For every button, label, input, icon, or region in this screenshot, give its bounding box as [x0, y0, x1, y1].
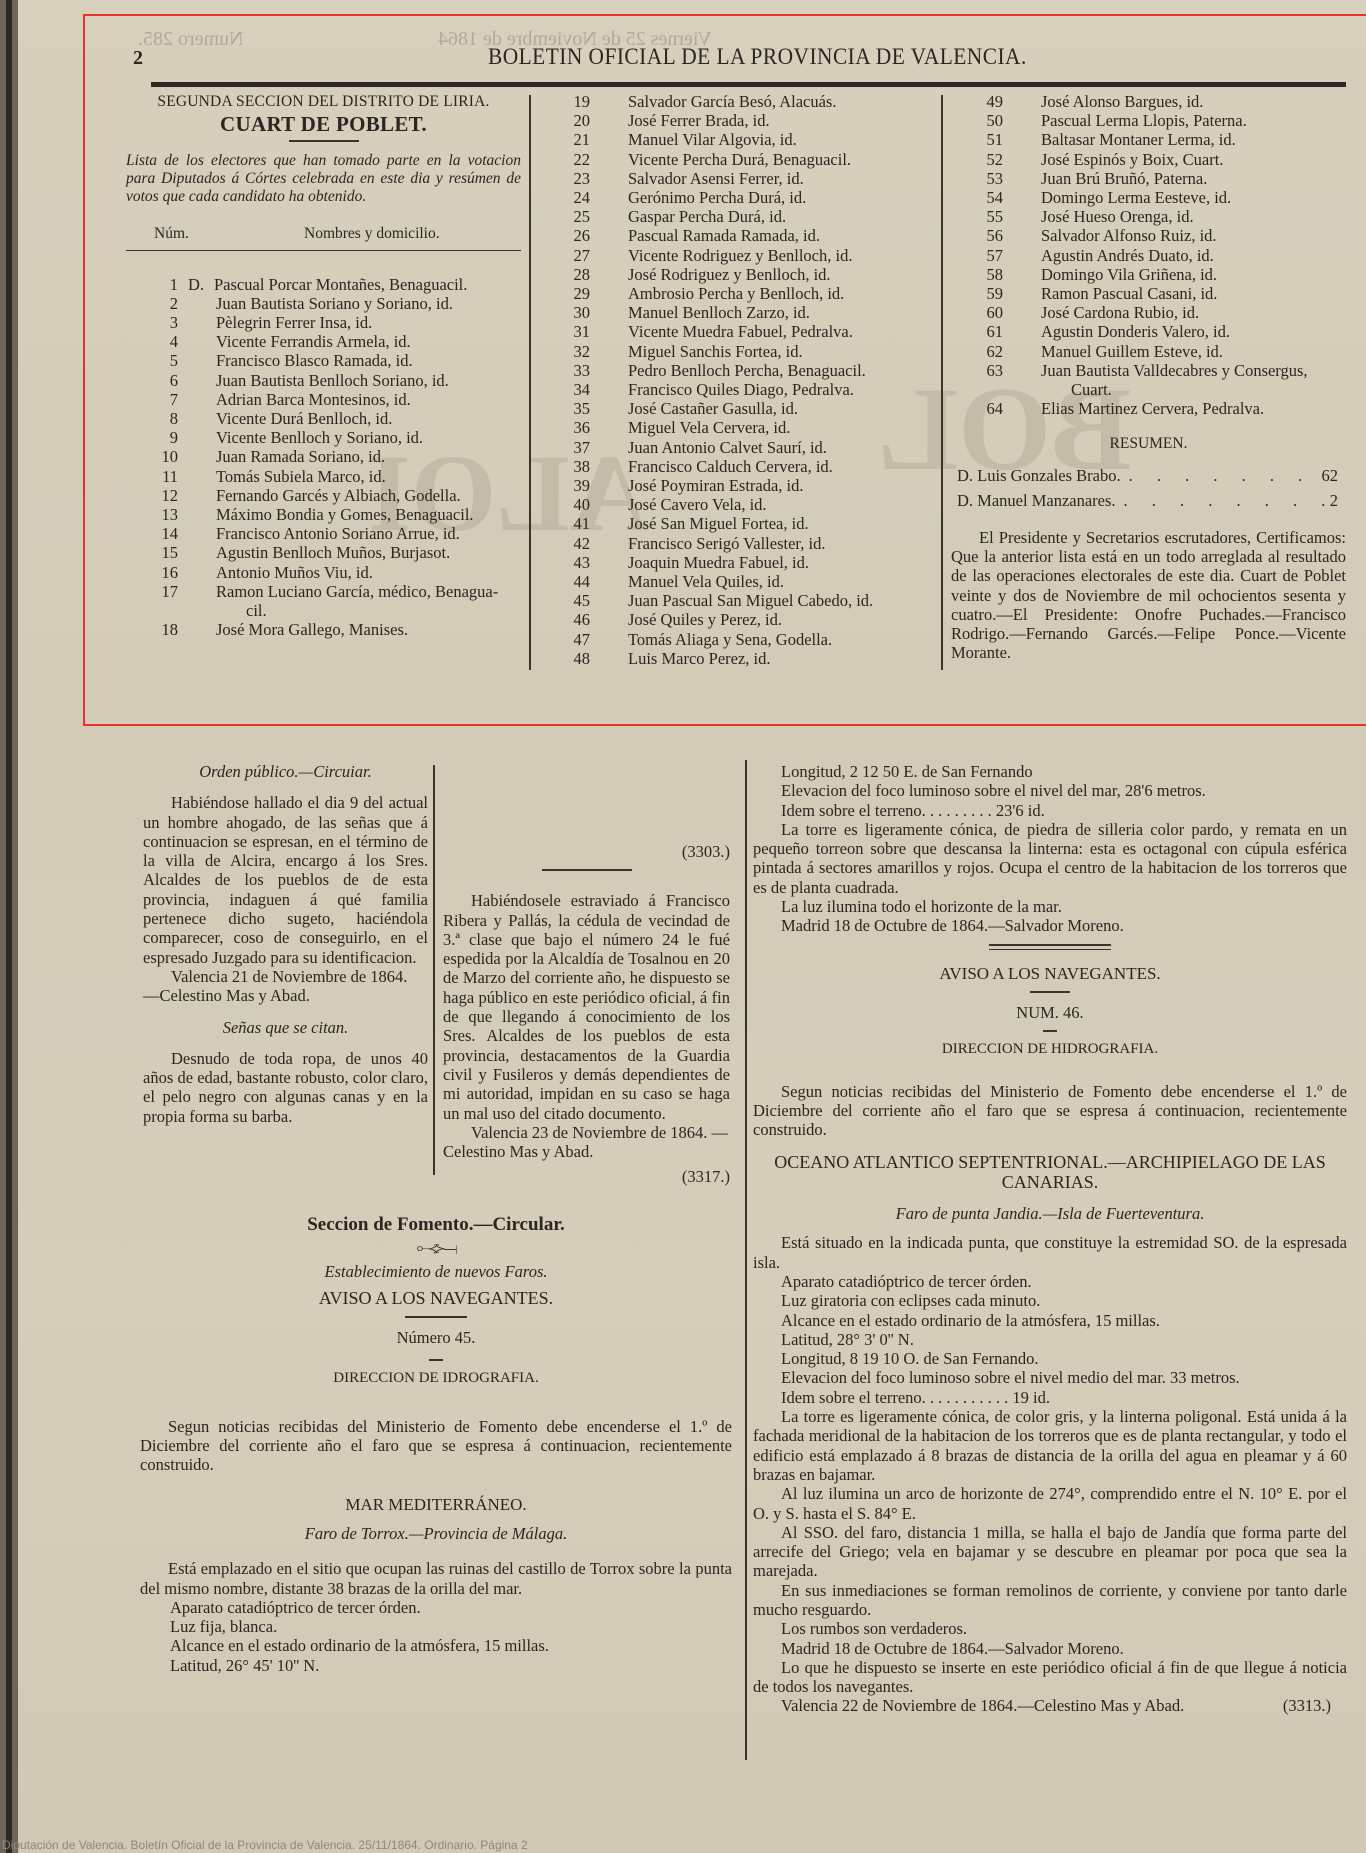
voter-row: 26Pascual Ramada Ramada, id.: [538, 226, 933, 245]
torrox-tower: La torre es ligeramente cónica, de piedr…: [753, 820, 1347, 897]
voter-number: 18: [126, 620, 188, 639]
voter-row: 3Pèlegrin Ferrer Insa, id.: [126, 313, 521, 332]
direccion-hidrografia: DIRECCION DE HIDROGRAFIA.: [753, 1040, 1347, 1059]
voter-number: 22: [538, 150, 600, 169]
voter-list-2: 19Salvador García Besó, Alacuás.20José F…: [538, 92, 933, 668]
voter-name: Tomás Aliaga y Sena, Godella.: [600, 630, 933, 649]
voter-row: 10Juan Ramada Soriano, id.: [126, 447, 521, 466]
voter-name-text: José Cavero Vela, id.: [628, 495, 767, 514]
voter-number: 19: [538, 92, 600, 111]
voter-name-text: Juan Bautista Soriano y Soriano, id.: [216, 294, 453, 313]
voter-number: 5: [126, 351, 188, 370]
senas-text: Desnudo de toda ropa, de unos 40 años de…: [143, 1049, 428, 1126]
spec-line: Idem sobre el terreno. . . . . . . . . .…: [753, 1388, 1347, 1407]
voter-name: Salvador García Besó, Alacuás.: [600, 92, 933, 111]
spec-line: Latitud, 26° 45' 10'' N.: [142, 1656, 732, 1675]
voter-name-text: Domingo Lerma Eesteve, id.: [1041, 188, 1231, 207]
voter-name: Adrian Barca Montesinos, id.: [188, 390, 521, 409]
voter-name-text: Vicente Rodriguez y Benlloch, id.: [628, 246, 852, 265]
voter-name-text: Juan Bautista Benlloch Soriano, id.: [216, 371, 449, 390]
mar-mediterraneo: MAR MEDITERRÁNEO.: [140, 1495, 732, 1514]
voter-name: Juan Bautista Benlloch Soriano, id.: [188, 371, 521, 390]
voter-row: 48Luis Marco Perez, id.: [538, 649, 933, 668]
voter-name-continuation: Cuart.: [1041, 380, 1346, 399]
voter-name-text: Pascual Lerma Llopis, Paterna.: [1041, 111, 1247, 130]
voter-number: 3: [126, 313, 188, 332]
voter-name: Elias Martinez Cervera, Pedralva.: [1013, 399, 1346, 418]
voter-row: 5Francisco Blasco Ramada, id.: [126, 351, 521, 370]
voter-row: 61Agustin Donderis Valero, id.: [951, 322, 1346, 341]
jandia-sso: Al SSO. del faro, distancia 1 milla, se …: [753, 1523, 1347, 1581]
voter-name: Juan Antonio Calvet Saurí, id.: [600, 438, 933, 457]
voter-row: 40José Cavero Vela, id.: [538, 495, 933, 514]
election-column-2: 19Salvador García Besó, Alacuás.20José F…: [538, 92, 933, 668]
cedula-signature: Valencia 23 de Noviembre de 1864. —Celes…: [443, 1123, 730, 1162]
voter-name-text: José Alonso Bargues, id.: [1041, 92, 1203, 111]
column-divider-1: [529, 95, 531, 670]
voter-number: 38: [538, 457, 600, 476]
voter-name-text: Pedro Benlloch Percha, Benaguacil.: [628, 361, 866, 380]
voter-row: 9Vicente Benlloch y Soriano, id.: [126, 428, 521, 447]
voter-name-text: Miguel Sanchis Fortea, id.: [628, 342, 803, 361]
voter-name: Agustin Andrés Duato, id.: [1013, 246, 1346, 265]
voter-name: José Mora Gallego, Manises.: [188, 620, 521, 639]
voter-row: 14Francisco Antonio Soriano Arrue, id.: [126, 524, 521, 543]
voter-name-text: Vicente Benlloch y Soriano, id.: [216, 428, 423, 447]
voter-name: Juan Pascual San Miguel Cabedo, id.: [600, 591, 933, 610]
double-separator: [989, 944, 1111, 950]
jandia-remolinos: En sus inmediaciones se forman remolinos…: [753, 1581, 1347, 1620]
voter-name-text: Miguel Vela Cervera, id.: [628, 418, 790, 437]
voter-name-text: Luis Marco Perez, id.: [628, 649, 771, 668]
voter-number: 29: [538, 284, 600, 303]
voter-number: 4: [126, 332, 188, 351]
rule: [1043, 1030, 1057, 1032]
voter-row: 22Vicente Percha Durá, Benaguacil.: [538, 150, 933, 169]
voter-number: 15: [126, 543, 188, 562]
num-46: NUM. 46.: [753, 1003, 1347, 1022]
voter-name: Tomás Subiela Marco, id.: [188, 467, 521, 486]
orden-publico-body: Habiéndose hallado el dia 9 del actual u…: [143, 793, 428, 967]
voter-row: 17Ramon Luciano García, médico, Benagua-…: [126, 582, 521, 620]
resumen-row: D. Manuel Manzanares. . . . . . . . . . …: [957, 491, 1338, 510]
column-divider-lower-2: [745, 760, 747, 1760]
voter-number: 56: [951, 226, 1013, 245]
fomento-heading: Seccion de Fomento.—Circular.: [140, 1215, 732, 1234]
spec-line: Longitud, 8 19 10 O. de San Fernando.: [753, 1349, 1347, 1368]
voter-number: 7: [126, 390, 188, 409]
fomento-subheading: Establecimiento de nuevos Faros.: [140, 1262, 732, 1281]
voter-number: 35: [538, 399, 600, 418]
voter-row: 58Domingo Vila Griñena, id.: [951, 265, 1346, 284]
voter-number: 6: [126, 371, 188, 390]
voter-row: 19Salvador García Besó, Alacuás.: [538, 92, 933, 111]
vote-count: 2: [1330, 491, 1338, 510]
voter-name-text: José Poymiran Estrada, id.: [628, 476, 804, 495]
voter-row: 6Juan Bautista Benlloch Soriano, id.: [126, 371, 521, 390]
article-separator: [542, 869, 632, 871]
voter-name: Pascual Porcar Montañes, Benaguacil.: [214, 275, 521, 294]
jandia-tower: La torre es ligeramente cónica, de color…: [753, 1407, 1347, 1484]
voter-name-continuation: cil.: [216, 601, 521, 620]
cedula-article: (3303.) Habiéndosele estraviado á Franci…: [443, 802, 730, 1187]
voter-row: 7Adrian Barca Montesinos, id.: [126, 390, 521, 409]
jandia-arc: Al luz ilumina un arco de horizonte de 2…: [753, 1484, 1347, 1523]
voter-name: Fernando Garcés y Albiach, Godella.: [188, 486, 521, 505]
spec-line: Luz giratoria con eclipses cada minuto.: [753, 1291, 1347, 1310]
rule: [405, 1316, 467, 1318]
election-column-3: 49José Alonso Bargues, id.50Pascual Lerm…: [951, 92, 1346, 662]
list-intro: Lista de los electores que han tomado pa…: [126, 152, 521, 206]
jandia-rumbos: Los rumbos son verdaderos.: [753, 1619, 1347, 1638]
voter-number: 61: [951, 322, 1013, 341]
masthead-title: BOLETIN OFICIAL DE LA PROVINCIA DE VALEN…: [488, 44, 1027, 70]
voter-name: Máximo Bondia y Gomes, Benaguacil.: [188, 505, 521, 524]
voter-number: 53: [951, 169, 1013, 188]
title-rule: [289, 140, 359, 142]
voter-row: 63Juan Bautista Valldecabres y Consergus…: [951, 361, 1346, 399]
voter-name-text: José San Miguel Fortea, id.: [628, 514, 809, 533]
voter-number: 51: [951, 130, 1013, 149]
voter-title: D.: [188, 275, 216, 294]
voter-number: 57: [951, 246, 1013, 265]
voter-name-text: Agustin Andrés Duato, id.: [1041, 246, 1214, 265]
resumen-list: D. Luis Gonzales Brabo. . . . . . . . . …: [951, 466, 1346, 510]
page-number: 2: [133, 47, 143, 70]
election-column-1: SEGUNDA SECCION DEL DISTRITO DE LIRIA. C…: [126, 92, 521, 639]
voter-number: 48: [538, 649, 600, 668]
voter-name-text: José Hueso Orenga, id.: [1041, 207, 1194, 226]
voter-number: 13: [126, 505, 188, 524]
voter-number: 12: [126, 486, 188, 505]
voter-name-text: Joaquin Muedra Fabuel, id.: [628, 553, 809, 572]
voter-number: 46: [538, 610, 600, 629]
voter-name-text: Gaspar Percha Durá, id.: [628, 207, 786, 226]
region-heading: OCEANO ATLANTICO SEPTENTRIONAL.—ARCHIPIE…: [753, 1153, 1347, 1192]
voter-name: Ramon Pascual Casani, id.: [1013, 284, 1346, 303]
voter-row: 28José Rodriguez y Benlloch, id.: [538, 265, 933, 284]
jandia-signature-row: Valencia 22 de Noviembre de 1864.—Celest…: [753, 1696, 1347, 1715]
voter-row: 55José Hueso Orenga, id.: [951, 207, 1346, 226]
voter-row: 45Juan Pascual San Miguel Cabedo, id.: [538, 591, 933, 610]
orden-publico-heading: Orden público.—Circuiar.: [143, 762, 428, 781]
voter-number: 14: [126, 524, 188, 543]
voter-name: Pedro Benlloch Percha, Benaguacil.: [600, 361, 933, 380]
voter-row: 44Manuel Vela Quiles, id.: [538, 572, 933, 591]
voter-row: 31Vicente Muedra Fabuel, Pedralva.: [538, 322, 933, 341]
spec-line: Aparato catadióptrico de tercer órden.: [142, 1598, 732, 1617]
town-title: CUART DE POBLET.: [126, 115, 521, 134]
voter-name: Francisco Antonio Soriano Arrue, id.: [188, 524, 521, 543]
voter-name: Juan Brú Bruñó, Paterna.: [1013, 169, 1346, 188]
voter-name-text: Domingo Vila Griñena, id.: [1041, 265, 1217, 284]
spine-edge: [6, 0, 12, 1853]
voter-number: 33: [538, 361, 600, 380]
voter-number: 30: [538, 303, 600, 322]
voter-name: Vicente Percha Durá, Benaguacil.: [600, 150, 933, 169]
voter-name: Salvador Alfonso Ruiz, id.: [1013, 226, 1346, 245]
voter-name: Francisco Calduch Cervera, id.: [600, 457, 933, 476]
voter-name-text: Vicente Durá Benlloch, id.: [216, 409, 392, 428]
voter-name: Francisco Blasco Ramada, id.: [188, 351, 521, 370]
voter-name: Baltasar Montaner Lerma, id.: [1013, 130, 1346, 149]
torrox-light: La luz ilumina todo el horizonte de la m…: [753, 897, 1347, 916]
section-heading: SEGUNDA SECCION DEL DISTRITO DE LIRIA.: [126, 92, 521, 111]
voter-name-text: Manuel Guillem Esteve, id.: [1041, 342, 1223, 361]
voter-name: José San Miguel Fortea, id.: [600, 514, 933, 533]
voter-number: 44: [538, 572, 600, 591]
voter-name-text: Vicente Percha Durá, Benaguacil.: [628, 150, 851, 169]
voter-row: 16Antonio Muños Viu, id.: [126, 563, 521, 582]
certification-text: El Presidente y Secretarios escrutadores…: [951, 528, 1346, 662]
voter-number: 17: [126, 582, 188, 620]
voter-row: 32Miguel Sanchis Fortea, id.: [538, 342, 933, 361]
voter-row: 51Baltasar Montaner Lerma, id.: [951, 130, 1346, 149]
voter-number: 37: [538, 438, 600, 457]
voter-name: Vicente Rodriguez y Benlloch, id.: [600, 246, 933, 265]
voter-name: Vicente Benlloch y Soriano, id.: [188, 428, 521, 447]
voter-row: 47Tomás Aliaga y Sena, Godella.: [538, 630, 933, 649]
voter-name-text: Francisco Quiles Diago, Pedralva.: [628, 380, 854, 399]
voter-number: 62: [951, 342, 1013, 361]
voter-name: Miguel Sanchis Fortea, id.: [600, 342, 933, 361]
voter-name-text: José Rodriguez y Benlloch, id.: [628, 265, 831, 284]
voter-name: José Cavero Vela, id.: [600, 495, 933, 514]
voter-name-text: José Ferrer Brada, id.: [628, 111, 770, 130]
voter-row: 64Elias Martinez Cervera, Pedralva.: [951, 399, 1346, 418]
spec-line: Latitud, 28° 3' 0'' N.: [753, 1330, 1347, 1349]
voter-number: 32: [538, 342, 600, 361]
voter-name: Francisco Serigó Vallester, id.: [600, 534, 933, 553]
voter-name: Pascual Ramada Ramada, id.: [600, 226, 933, 245]
voter-row: 21Manuel Vilar Algovia, id.: [538, 130, 933, 149]
voter-row: 2Juan Bautista Soriano y Soriano, id.: [126, 294, 521, 313]
voter-name-text: Baltasar Montaner Lerma, id.: [1041, 130, 1236, 149]
voter-name: Manuel Vela Quiles, id.: [600, 572, 933, 591]
torrox-location: Está emplazado en el sitio que ocupan la…: [140, 1559, 732, 1598]
voter-name-text: Agustin Donderis Valero, id.: [1041, 322, 1230, 341]
voter-name: Manuel Vilar Algovia, id.: [600, 130, 933, 149]
voter-number: 59: [951, 284, 1013, 303]
voter-name-text: Salvador García Besó, Alacuás.: [628, 92, 836, 111]
spec-line: Elevacion del foco luminoso sobre el niv…: [753, 781, 1347, 800]
voter-number: 36: [538, 418, 600, 437]
voter-name-text: Francisco Calduch Cervera, id.: [628, 457, 833, 476]
voter-name-text: Juan Pascual San Miguel Cabedo, id.: [628, 591, 873, 610]
voter-name-text: José Espinós y Boix, Cuart.: [1041, 150, 1223, 169]
voter-row: 12Fernando Garcés y Albiach, Godella.: [126, 486, 521, 505]
voter-name: Francisco Quiles Diago, Pedralva.: [600, 380, 933, 399]
voter-number: 41: [538, 514, 600, 533]
voter-number: 10: [126, 447, 188, 466]
voter-name: Domingo Lerma Eesteve, id.: [1013, 188, 1346, 207]
voter-row: 46José Quiles y Perez, id.: [538, 610, 933, 629]
voter-row: 38Francisco Calduch Cervera, id.: [538, 457, 933, 476]
voter-row: 35José Castañer Gasulla, id.: [538, 399, 933, 418]
voter-name: José Alonso Bargues, id.: [1013, 92, 1346, 111]
voter-number: 9: [126, 428, 188, 447]
voter-number: 42: [538, 534, 600, 553]
voter-row: 49José Alonso Bargues, id.: [951, 92, 1346, 111]
vote-count: 62: [1322, 466, 1339, 485]
voter-number: 64: [951, 399, 1013, 418]
newspaper-page: Numero 285. Viernes 25 de Noviembre de 1…: [18, 0, 1366, 1853]
voter-row: 34Francisco Quiles Diago, Pedralva.: [538, 380, 933, 399]
orden-publico-ref: (3303.): [443, 842, 730, 861]
voter-name: Vicente Muedra Fabuel, Pedralva.: [600, 322, 933, 341]
page-spine: [0, 0, 18, 1853]
voter-name-text: José Cardona Rubio, id.: [1041, 303, 1199, 322]
voter-number: 27: [538, 246, 600, 265]
voter-number: 28: [538, 265, 600, 284]
voter-name: José Espinós y Boix, Cuart.: [1013, 150, 1346, 169]
voter-name: José Castañer Gasulla, id.: [600, 399, 933, 418]
voter-name-text: Ramon Luciano García, médico, Benagua-: [216, 582, 498, 601]
voter-row: 8Vicente Durá Benlloch, id.: [126, 409, 521, 428]
voter-number: 60: [951, 303, 1013, 322]
aviso-46-heading: AVISO A LOS NAVEGANTES.: [753, 964, 1347, 983]
voter-name: Domingo Vila Griñena, id.: [1013, 265, 1346, 284]
voter-name: Salvador Asensi Ferrer, id.: [600, 169, 933, 188]
voter-name-text: Vicente Ferrandis Armela, id.: [216, 332, 411, 351]
spec-line: Aparato catadióptrico de tercer órden.: [753, 1272, 1347, 1291]
voter-name: Manuel Guillem Esteve, id.: [1013, 342, 1346, 361]
voter-name: Vicente Durá Benlloch, id.: [188, 409, 521, 428]
archive-credit: Diputación de Valencia. Boletín Oficial …: [2, 1838, 528, 1852]
aviso-46-intro: Segun noticias recibidas del Ministerio …: [753, 1082, 1347, 1140]
voter-number: 1: [126, 275, 188, 294]
voter-row: 15Agustin Benlloch Muños, Burjasot.: [126, 543, 521, 562]
voter-name: Luis Marco Perez, id.: [600, 649, 933, 668]
voter-row: 62Manuel Guillem Esteve, id.: [951, 342, 1346, 361]
voter-row: 18José Mora Gallego, Manises.: [126, 620, 521, 639]
ornament-icon: ⟜⊰⊱⟞: [140, 1238, 732, 1257]
spec-line: Idem sobre el terreno. . . . . . . . . 2…: [753, 801, 1347, 820]
voter-number: 39: [538, 476, 600, 495]
voter-name: Vicente Ferrandis Armela, id.: [188, 332, 521, 351]
voter-name: Pascual Lerma Llopis, Paterna.: [1013, 111, 1346, 130]
jandia-ref: (3313.): [1283, 1696, 1331, 1715]
voter-name-text: Vicente Muedra Fabuel, Pedralva.: [628, 322, 853, 341]
cedula-body: Habiéndosele estraviado á Francisco Ribe…: [443, 891, 730, 1123]
voter-row: 25Gaspar Percha Durá, id.: [538, 207, 933, 226]
voter-name-text: Juan Brú Bruñó, Paterna.: [1041, 169, 1207, 188]
voter-row: 11Tomás Subiela Marco, id.: [126, 467, 521, 486]
voter-name: José Quiles y Perez, id.: [600, 610, 933, 629]
voter-name-text: Salvador Asensi Ferrer, id.: [628, 169, 804, 188]
voter-name: Pèlegrin Ferrer Insa, id.: [188, 313, 521, 332]
voter-row: 56Salvador Alfonso Ruiz, id.: [951, 226, 1346, 245]
faro-jandia-heading: Faro de punta Jandia.—Isla de Fuertevent…: [753, 1204, 1347, 1223]
jandia-madrid: Madrid 18 de Octubre de 1864.—Salvador M…: [753, 1639, 1347, 1658]
voter-name: Gerónimo Percha Durá, id.: [600, 188, 933, 207]
voter-row: 37Juan Antonio Calvet Saurí, id.: [538, 438, 933, 457]
voter-name-text: Elias Martinez Cervera, Pedralva.: [1041, 399, 1264, 418]
voter-name-text: Manuel Vilar Algovia, id.: [628, 130, 797, 149]
voter-row: 60José Cardona Rubio, id.: [951, 303, 1346, 322]
voter-name: Juan Bautista Soriano y Soriano, id.: [188, 294, 521, 313]
voter-name-text: Adrian Barca Montesinos, id.: [216, 390, 411, 409]
voter-number: 2: [126, 294, 188, 313]
voter-number: 58: [951, 265, 1013, 284]
voter-number: 45: [538, 591, 600, 610]
voter-name-text: Tomás Aliaga y Sena, Godella.: [628, 630, 832, 649]
voter-name: Ambrosio Percha y Benlloch, id.: [600, 284, 933, 303]
voter-name-text: Juan Bautista Valldecabres y Consergus,: [1041, 361, 1308, 380]
voter-number: 23: [538, 169, 600, 188]
orden-publico-signature: Valencia 21 de Noviembre de 1864. —Celes…: [143, 967, 428, 1006]
voter-row: 29Ambrosio Percha y Benlloch, id.: [538, 284, 933, 303]
voter-name-text: Francisco Serigó Vallester, id.: [628, 534, 825, 553]
resumen-heading: RESUMEN.: [951, 434, 1346, 453]
voter-name: Joaquin Muedra Fabuel, id.: [600, 553, 933, 572]
voter-number: 16: [126, 563, 188, 582]
jandia-dispuesto: Lo que he dispuesto se inserte en este p…: [753, 1658, 1347, 1697]
voter-name-text: Salvador Alfonso Ruiz, id.: [1041, 226, 1217, 245]
voter-name-text: Fernando Garcés y Albiach, Godella.: [216, 486, 461, 505]
voter-number: 31: [538, 322, 600, 341]
numero-45: Número 45.: [140, 1328, 732, 1347]
jandia-location: Está situado en la indicada punta, que c…: [753, 1233, 1347, 1272]
voter-row: 39José Poymiran Estrada, id.: [538, 476, 933, 495]
orden-publico-article: Orden público.—Circuiar. Habiéndose hall…: [143, 762, 428, 1126]
voter-row: 30Manuel Benlloch Zarzo, id.: [538, 303, 933, 322]
voter-name-text: Juan Antonio Calvet Saurí, id.: [628, 438, 827, 457]
voter-number: 11: [126, 467, 188, 486]
aviso-45-heading: AVISO A LOS NAVEGANTES.: [140, 1289, 732, 1308]
voter-list-1: 1D.Pascual Porcar Montañes, Benaguacil.2…: [126, 275, 521, 640]
voter-name: Miguel Vela Cervera, id.: [600, 418, 933, 437]
header-rule: [151, 82, 1346, 87]
list-header: Núm. Nombres y domicilio.: [126, 224, 521, 250]
voter-name-text: Antonio Muños Viu, id.: [216, 563, 373, 582]
voter-row: 54Domingo Lerma Eesteve, id.: [951, 188, 1346, 207]
voter-row: 23Salvador Asensi Ferrer, id.: [538, 169, 933, 188]
voter-name: Juan Bautista Valldecabres y Consergus,C…: [1013, 361, 1346, 399]
resumen-row: D. Luis Gonzales Brabo. . . . . . . . . …: [957, 466, 1338, 485]
voter-number: 55: [951, 207, 1013, 226]
voter-row: 36Miguel Vela Cervera, id.: [538, 418, 933, 437]
voter-name-text: Francisco Blasco Ramada, id.: [216, 351, 413, 370]
col-names-label: Nombres y domicilio.: [244, 224, 440, 243]
rule: [429, 1359, 443, 1361]
voter-name: Gaspar Percha Durá, id.: [600, 207, 933, 226]
voter-row: 57Agustin Andrés Duato, id.: [951, 246, 1346, 265]
voter-name: Manuel Benlloch Zarzo, id.: [600, 303, 933, 322]
voter-list-3: 49José Alonso Bargues, id.50Pascual Lerm…: [951, 92, 1346, 418]
voter-number: 49: [951, 92, 1013, 111]
faro-torrox-heading: Faro de Torrox.—Provincia de Málaga.: [140, 1524, 732, 1543]
voter-name-text: Agustin Benlloch Muños, Burjasot.: [216, 543, 450, 562]
rule: [1030, 991, 1070, 993]
spec-line: Alcance en el estado ordinario de la atm…: [142, 1636, 732, 1655]
voter-row: 53Juan Brú Bruñó, Paterna.: [951, 169, 1346, 188]
voter-row: 52José Espinós y Boix, Cuart.: [951, 150, 1346, 169]
voter-row: 33Pedro Benlloch Percha, Benaguacil.: [538, 361, 933, 380]
voter-name: José Ferrer Brada, id.: [600, 111, 933, 130]
voter-row: 4Vicente Ferrandis Armela, id.: [126, 332, 521, 351]
voter-name-text: José Mora Gallego, Manises.: [216, 620, 408, 639]
voter-name: José Hueso Orenga, id.: [1013, 207, 1346, 226]
leader-dots: . . . . . . . . . .: [1116, 491, 1330, 510]
column-divider-2: [941, 95, 943, 670]
voter-name: Agustin Benlloch Muños, Burjasot.: [188, 543, 521, 562]
voter-name-text: Manuel Benlloch Zarzo, id.: [628, 303, 810, 322]
voter-name-text: Juan Ramada Soriano, id.: [216, 447, 385, 466]
voter-name-text: Pèlegrin Ferrer Insa, id.: [216, 313, 372, 332]
column-divider-lower-1: [433, 765, 435, 1175]
voter-row: 27Vicente Rodriguez y Benlloch, id.: [538, 246, 933, 265]
